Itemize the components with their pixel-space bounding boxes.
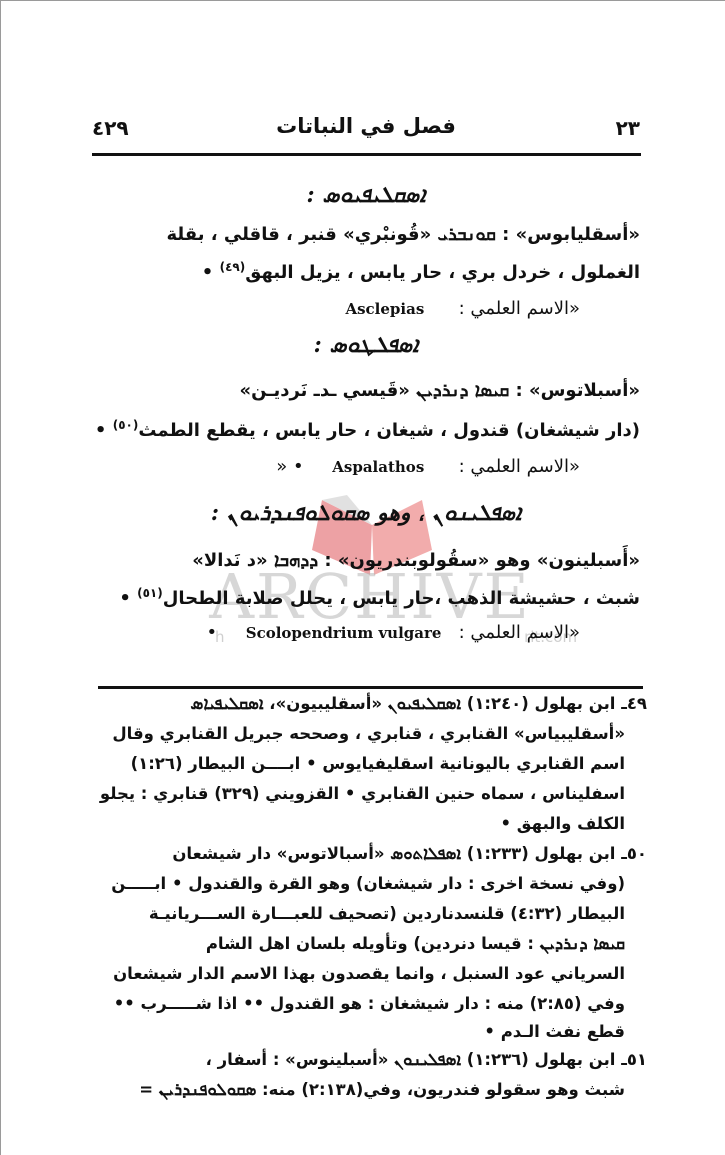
- entry-asclepias: ܐܣܩܠܝܦܝܘܣ : «أسقليابوس» : ܩܘܢܒܪܝ «قُونبْ…: [92, 182, 640, 322]
- footnote-number: ٥١ـ: [621, 1050, 647, 1069]
- footnote-line: ابن بهلول (١:٢٣٣) ܐܣܦܠܐܬܘܣ «أسبالاتوس» د…: [172, 844, 615, 863]
- end-mark: •: [119, 588, 131, 609]
- entry-line: «أسقليابوس» : ܩܘܢܒܪܝ «قُونبْري» قنبر ، ق…: [92, 224, 640, 245]
- footnote-line: قطع نفث الـدم •: [92, 1022, 647, 1041]
- end-mark: •: [202, 262, 214, 283]
- scientific-name: Aspalathos: [332, 458, 424, 476]
- scientific-name-row: «الاسم العلمي : Aspalathos • «: [92, 456, 640, 477]
- footnote-line: ܩܝܣܐ ܕܢܪܕܝܢ : قيسا دنردين) وتأويله بلسان…: [92, 934, 647, 954]
- trailing-mark: •: [207, 622, 218, 643]
- page-number-right: ٢٣: [616, 116, 640, 140]
- footnote-ref[interactable]: (٥٠): [113, 418, 139, 432]
- scientific-label: «الاسم العلمي :: [459, 456, 580, 477]
- scientific-name-row: «الاسم العلمي : Asclepias: [92, 298, 640, 319]
- entry-aspalathos: ܐܣܦܠܛܘܣ : «أسبلاتوس» : ܩܝܣܐ ܕܢܪܕܝܢ «قَيس…: [92, 332, 640, 482]
- footnote-line: البيطار (٤:٣٢) قلنسدناردين (تصحيف للعبــ…: [92, 904, 647, 923]
- footnote-number: ٤٩ـ: [621, 694, 647, 713]
- chapter-title: فصل في النباتات: [92, 114, 640, 138]
- scientific-name: Scolopendrium vulgare: [246, 624, 442, 642]
- footnote-49: ٤٩ـ ابن بهلول (١:٢٤٠) ܐܣܩܠܝܦܝܘܢ «أسقليبي…: [92, 694, 647, 714]
- footnote-line: الكلف والبهق •: [92, 814, 647, 833]
- entry-line: (دار شيشغان) قندول ، شيغان ، حار يابس ، …: [92, 418, 640, 441]
- scientific-label: «الاسم العلمي :: [459, 622, 580, 643]
- footnote-ref[interactable]: (٤٩): [220, 260, 246, 274]
- entry-line: «أسبلاتوس» : ܩܝܣܐ ܕܢܪܕܝܢ «قَيسي ـدـ نَرد…: [92, 380, 640, 401]
- footnote-rule: [98, 686, 643, 689]
- entry-line-text: (دار شيشغان) قندول ، شيغان ، حار يابس ، …: [138, 420, 640, 441]
- footnote-number: ٥٠ـ: [621, 844, 647, 863]
- footnote-51: ٥١ـ ابن بهلول (١:٢٣٦) ܐܣܦܠܝܢܘܢ «أسبلينوس…: [92, 1050, 647, 1070]
- entry-line: الغملول ، خردل بري ، حار يابس ، يزيل الب…: [92, 260, 640, 283]
- footnote-line: السرياني عود السنبل ، وانما يقصدون بهذا …: [92, 964, 647, 983]
- entry-line-text: الغملول ، خردل بري ، حار يابس ، يزيل الب…: [245, 262, 640, 283]
- footnote-line: وفي (٢:٨٥) منه : دار شيشغان : هو القندول…: [92, 994, 647, 1013]
- trailing-mark: • «: [276, 456, 303, 477]
- syriac-heading: ܐܣܦܠܛܘܣ :: [92, 332, 640, 358]
- footnote-line: اسفليناس ، سماه حنين القنابري • القزويني…: [92, 784, 647, 803]
- footnote-line: «أسقليبياس» القنابري ، قنابري ، وصححه جب…: [92, 724, 647, 743]
- footnote-line: اسم القنابري باليونانية اسقليفيايوس • اب…: [92, 754, 647, 773]
- end-mark: •: [95, 420, 107, 441]
- footnote-line: (وفي نسخة اخرى : دار شيشغان) وهو القرة و…: [92, 874, 647, 893]
- entry-line: شبث ، حشيشة الذهب ،حار يابس ، يحلل صلابة…: [92, 586, 640, 609]
- footnote-line: ابن بهلول (١:٢٣٦) ܐܣܦܠܝܢܘܢ «أسبلينوس» : …: [206, 1050, 616, 1069]
- footnote-50: ٥٠ـ ابن بهلول (١:٢٣٣) ܐܣܦܠܐܬܘܣ «أسبالاتو…: [92, 844, 647, 864]
- footnote-line: شبث وهو سقولو فندريون، وفي(٢:١٣٨) منه: ܣ…: [92, 1080, 647, 1100]
- scientific-name-row: «الاسم العلمي : Scolopendrium vulgare •: [92, 622, 640, 643]
- header-rule: [92, 153, 641, 156]
- scientific-name: Asclepias: [345, 300, 424, 318]
- entry-line: «أَسبلينون» وهو «سقُولوبندريون» : ܕܕܗܒܐ …: [92, 550, 640, 571]
- running-head: ٤٢٩ فصل في النباتات ٢٣: [92, 110, 640, 146]
- entry-asplenion: ܐܣܦܠܝܢܘܢ ، وهو ܣܩܘܠܘܦܢܕܪܝܘܢ : «أَسبلينون…: [92, 500, 640, 650]
- footnote-ref[interactable]: (٥١): [137, 586, 163, 600]
- footnote-line: ابن بهلول (١:٢٤٠) ܐܣܩܠܝܦܝܘܢ «أسقليبيون»،…: [190, 694, 615, 713]
- entry-line-text: شبث ، حشيشة الذهب ،حار يابس ، يحلل صلابة…: [163, 588, 640, 609]
- syriac-heading: ܐܣܦܠܝܢܘܢ ، وهو ܣܩܘܠܘܦܢܕܪܝܘܢ :: [92, 500, 640, 526]
- footnotes: ٤٩ـ ابن بهلول (١:٢٤٠) ܐܣܩܠܝܦܝܘܢ «أسقليبي…: [92, 694, 647, 1154]
- scientific-label: «الاسم العلمي :: [459, 298, 580, 319]
- syriac-heading: ܐܣܩܠܝܦܝܘܣ :: [92, 182, 640, 208]
